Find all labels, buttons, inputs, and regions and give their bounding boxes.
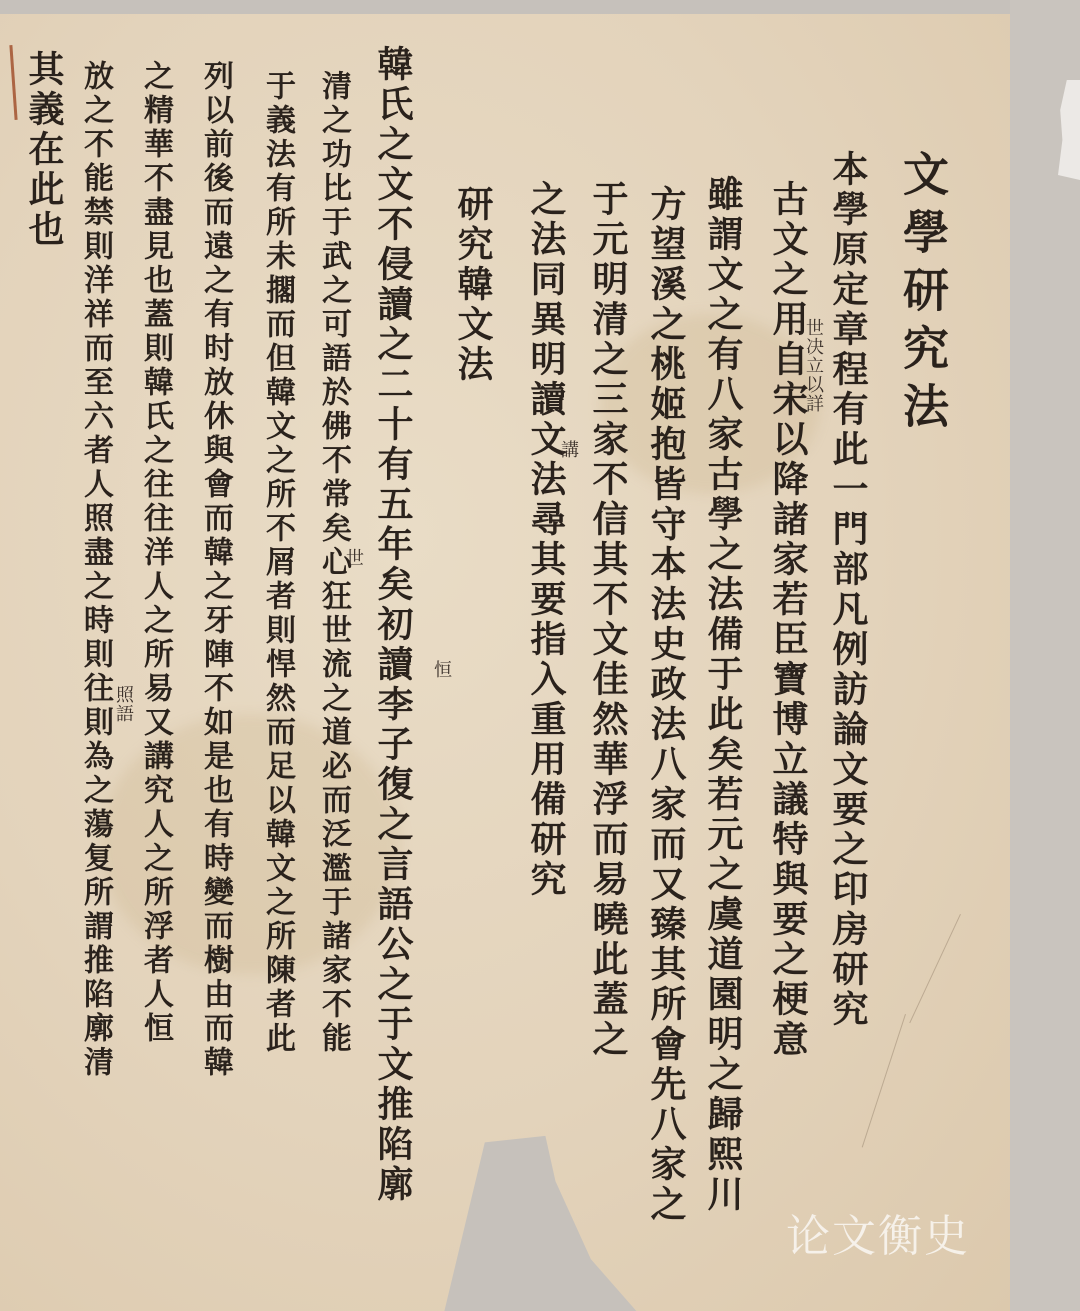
margin-annotation: 照語 — [110, 685, 136, 723]
margin-annotation: 講 — [555, 440, 581, 459]
text-column-4: 方望溪之桃姬抱皆守本法史政法八家而又臻其所會先八家之 — [648, 185, 684, 1225]
text-column-3: 雖謂文之有八家古學之法備于此矣若元之虞道園明之歸熙川 — [705, 175, 741, 1215]
text-column-13: 放之不能禁則洋祥而至六者人照盡之時則往則為之蕩复所謂推陷廓清 — [80, 60, 110, 1080]
text-column-6: 之法同異明讀文法尋其要指入重用備研究 — [528, 180, 564, 900]
text-column-11: 列以前後而遠之有时放休與會而韓之牙陣不如是也有時變而樹由而韓 — [200, 60, 230, 1080]
text-column-12: 之精華不盡見也蓋則韓氏之往往洋人之所易又講究人之所浮者人恒 — [140, 60, 170, 1046]
margin-annotation: 世 — [340, 548, 366, 567]
margin-annotation: 世决立以詳 — [800, 318, 826, 413]
text-column-7: 研究韓文法 — [455, 185, 491, 385]
crease-line — [909, 914, 961, 1023]
watermark-text: 论文衡史 — [786, 1200, 970, 1264]
text-column-1: 本學原定章程有此一門部凡例訪論文要之印房研究 — [830, 150, 866, 1030]
text-column-5: 于元明清之三家不信其不文佳然華浮而易曉此蓋之 — [590, 180, 626, 1060]
margin-annotation: 恒 — [428, 660, 454, 679]
document-title: 文學研究法 — [900, 150, 946, 440]
text-column-10: 于義法有所未擱而但韓文之所不屑者則悍然而足以韓文之所陳者此 — [262, 70, 292, 1056]
text-column-2: 古文之用自宋以降諸家若臣寶博立議特與要之梗意 — [770, 180, 806, 1060]
text-column-8: 韓氏之文不侵讀之二十有五年矣初讀李子復之言語公之于文推陷廓 — [375, 45, 411, 1205]
torn-paper-scrap — [1058, 80, 1080, 180]
mount-board-background — [1010, 0, 1080, 1311]
crease-line — [862, 1014, 906, 1147]
text-column-14: 其義在此也 — [26, 50, 62, 250]
